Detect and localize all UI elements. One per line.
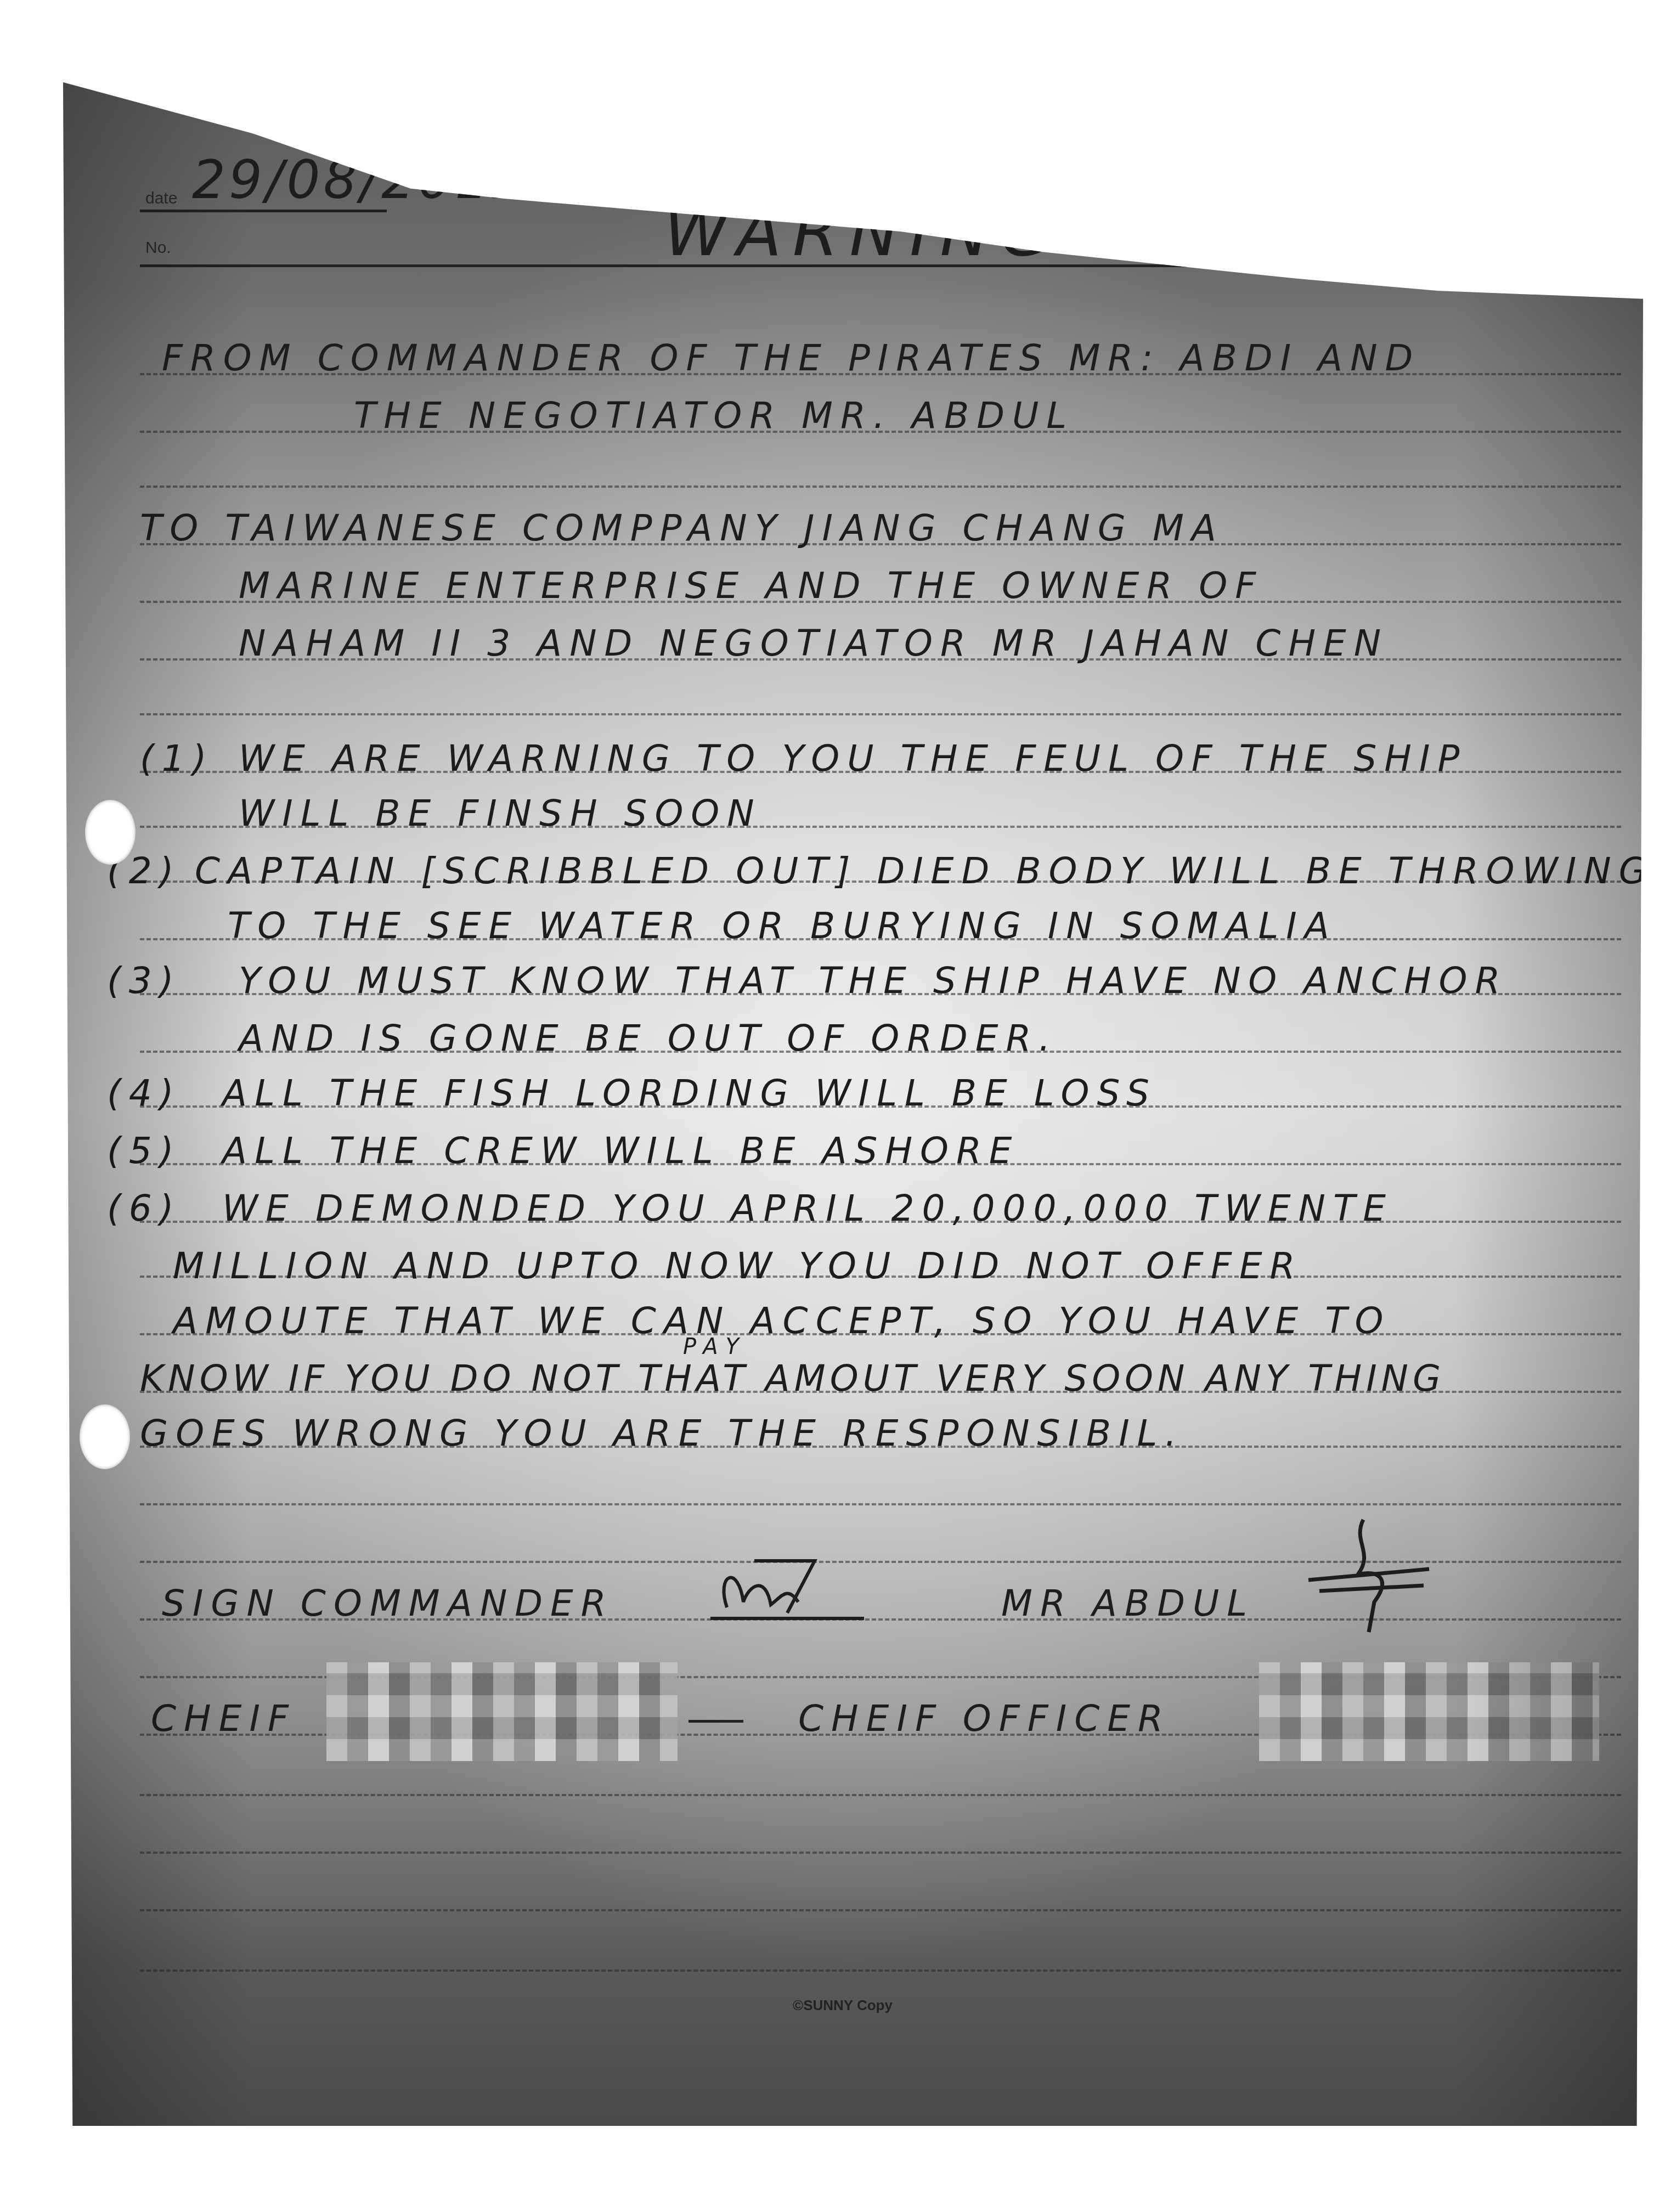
to-line-1: TO TAIWANESE COMPPANY JIANG CHANG MA [140,510,1224,546]
point-5-marker: (5) [107,1133,182,1169]
ruled-line [140,1852,1621,1854]
ruled-line [140,486,1621,488]
ruled-line [140,1503,1621,1505]
from-line-2: THE NEGOTIATOR MR. ABDUL [354,398,1074,434]
letter-paper: date No. 29/08/2012 WARNING FROM COMMAND… [63,82,1643,2126]
chief-officer-label: CHEIF OFFICER [798,1701,1171,1737]
point-6-line-5: GOES WRONG YOU ARE THE RESPONSIBIL. [140,1415,1184,1452]
to-line-2: MARINE ENTERPRISE AND THE OWNER OF [239,568,1263,604]
sign-negotiator-label: MR ABDUL [1001,1585,1255,1622]
point-5-line-1: ALL THE CREW WILL BE ASHORE [222,1133,1020,1169]
point-3-line-1: YOU MUST KNOW THAT THE SHIP HAVE NO ANCH… [239,963,1508,999]
point-1-line-1: WE ARE WARNING TO YOU THE FEUL OF THE SH… [239,741,1467,777]
point-3-line-2: AND IS GONE BE OUT OF ORDER. [239,1020,1058,1057]
punch-hole-lower [80,1404,130,1469]
negotiator-signature [1297,1509,1440,1635]
letter-title: WARNING [664,200,1062,266]
point-6-line-4: KNOW IF YOU DO NOT THAT AMOUT VERY SOON … [140,1361,1445,1397]
point-6-line-1: WE DEMONDED YOU APRIL 20,000,000 TWENTE [222,1190,1393,1227]
chief-signature-line [689,1720,743,1723]
point-3-marker: (3) [107,963,182,999]
date-label: date [145,189,177,208]
point-2-line-1: CAPTAIN [scribbled out] DIED BODY WILL B… [195,853,1655,889]
sign-commander-label: SIGN COMMANDER [162,1585,614,1622]
redacted-name-right [1259,1662,1599,1761]
point-1-marker: (1) [140,741,215,777]
point-4-marker: (4) [107,1075,182,1111]
ruled-line [140,1909,1621,1911]
copy-footer: ©SUNNY Copy [793,1997,893,2014]
ruled-line [140,1970,1621,1972]
chief-label: CHEIF [151,1701,296,1737]
point-2-line-2: TO THE SEE WATER OR BURYING IN SOMALIA [228,908,1337,944]
point-1-line-2: WILL BE FINSH SOON [239,795,762,832]
point-6-marker: (6) [107,1190,182,1227]
ruled-line [140,1794,1621,1796]
ruled-line [140,713,1621,715]
letter-date: 29/08/2012 [192,154,528,206]
point-6-insertion: PAY [683,1336,747,1358]
number-label: No. [145,239,171,257]
to-line-3: NAHAM II 3 AND NEGOTIATOR MR JAHAN CHEN [239,625,1389,662]
point-4-line-1: ALL THE FISH LORDING WILL BE LOSS [222,1075,1157,1111]
commander-signature [705,1553,870,1624]
point-6-line-2: MILLION AND UPTO NOW YOU DID NOT OFFER [173,1248,1302,1284]
punch-hole-upper [85,800,136,865]
point-6-line-3: AMOUTE THAT WE CAN ACCEPT, SO YOU HAVE T… [173,1303,1391,1339]
redacted-name-left [326,1662,678,1761]
from-line-1: FROM COMMANDER OF THE PIRATES MR: ABDI A… [162,340,1420,376]
